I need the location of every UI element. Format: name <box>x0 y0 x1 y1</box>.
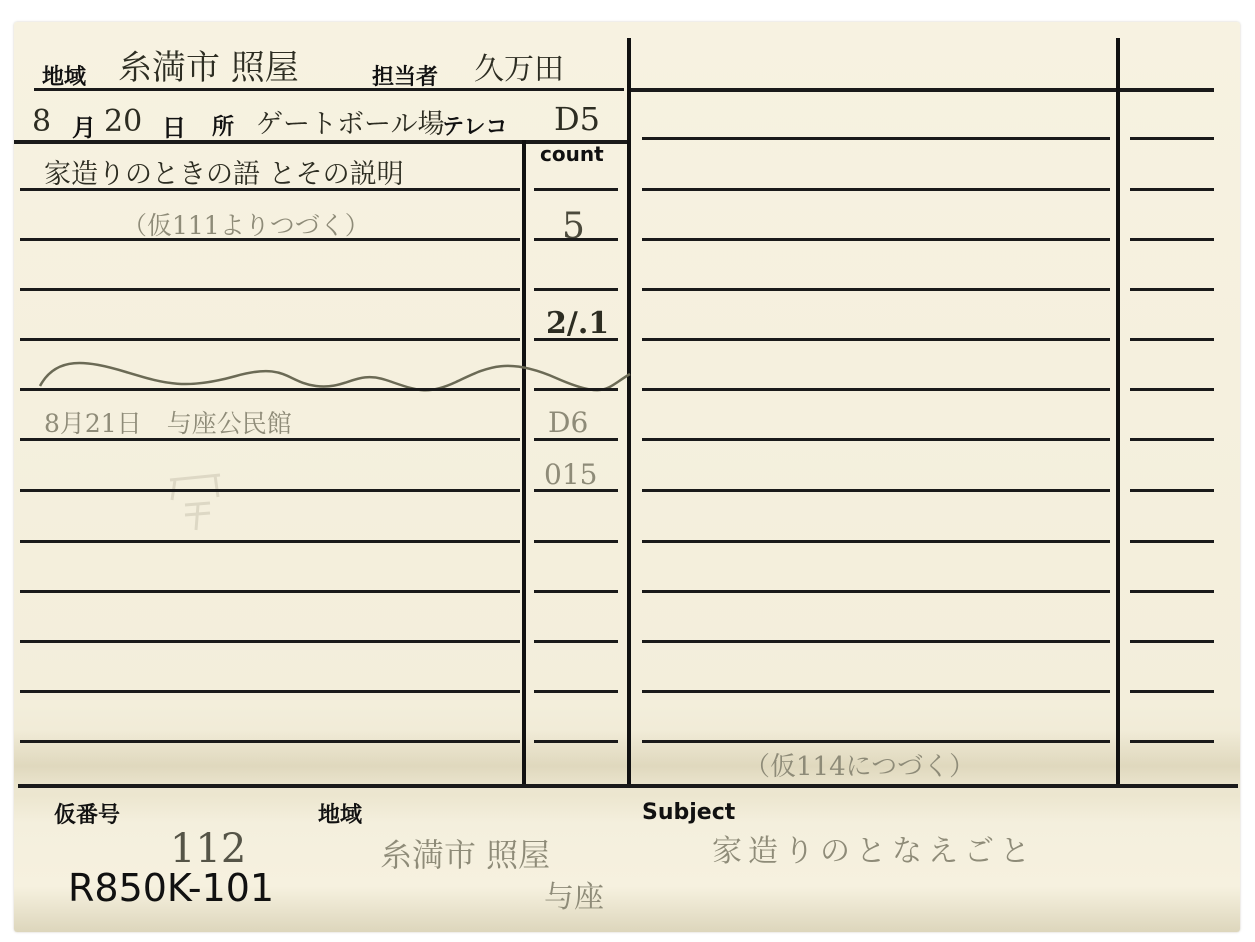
right-rule <box>642 438 1110 441</box>
margin-rule <box>1130 740 1214 743</box>
count-rule <box>534 690 618 693</box>
faint-stamp-mark <box>160 455 230 535</box>
margin-rule <box>1130 338 1214 341</box>
count-value-end: 2/.1 <box>546 306 609 341</box>
count-rule <box>534 188 618 191</box>
temp-number-label: 仮番号 <box>54 798 120 829</box>
row-rule <box>20 690 520 693</box>
right-rule <box>642 338 1110 341</box>
table-row-session-2: 8月21日 与座公民館 <box>44 404 292 440</box>
count-value-counter: 015 <box>544 458 597 491</box>
row-rule <box>20 338 520 341</box>
region-value: 糸満市 照屋 <box>118 40 299 89</box>
row-rule <box>20 640 520 643</box>
count-column-left-border <box>522 140 526 786</box>
right-rule <box>642 137 1110 140</box>
region-label: 地域 <box>42 60 86 91</box>
right-rule <box>642 590 1110 593</box>
recorder-label: テレコ <box>442 110 508 141</box>
count-rule <box>534 489 618 492</box>
count-rule <box>534 590 618 593</box>
margin-rule <box>1130 489 1214 492</box>
row-rule <box>20 540 520 543</box>
person-value: 久万田 <box>474 44 564 88</box>
right-rule <box>642 740 1110 743</box>
right-rule <box>642 640 1110 643</box>
wavy-separator-line <box>36 352 636 402</box>
catalog-id: R850K-101 <box>68 866 274 910</box>
margin-rule <box>1130 238 1214 241</box>
count-value-tape: D6 <box>548 406 588 439</box>
row-rule <box>20 740 520 743</box>
right-rule <box>642 288 1110 291</box>
margin-rule <box>1130 137 1214 140</box>
row-rule <box>20 438 520 441</box>
margin-rule <box>1130 438 1214 441</box>
margin-rule <box>1130 188 1214 191</box>
row-rule <box>20 188 520 191</box>
header-underline-1 <box>34 88 624 91</box>
footer-region-label: 地域 <box>318 798 362 829</box>
right-rule <box>642 238 1110 241</box>
date-month: 8 <box>32 104 51 139</box>
right-rule <box>642 388 1110 391</box>
place-label: 所 <box>212 110 234 141</box>
count-header: count <box>540 142 604 166</box>
date-day: 20 <box>104 104 142 139</box>
count-rule <box>534 338 618 341</box>
count-rule <box>534 740 618 743</box>
count-rule <box>534 540 618 543</box>
right-rule <box>642 690 1110 693</box>
margin-rule <box>1130 690 1214 693</box>
place-value: ゲートボール場 <box>256 102 444 141</box>
footer-region-value-1: 糸満市 照屋 <box>380 830 550 876</box>
count-rule <box>534 388 618 391</box>
subject-value: 家造りのとなえごと <box>712 826 1036 870</box>
margin-rule <box>1130 640 1214 643</box>
table-row-title: 家造りのときの語 とその説明 <box>44 152 404 191</box>
right-rule <box>642 489 1110 492</box>
count-rule <box>534 288 618 291</box>
right-rule <box>642 188 1110 191</box>
day-label: 日 <box>162 108 186 143</box>
count-rule <box>534 238 618 241</box>
count-rule <box>534 438 618 441</box>
subject-label: Subject <box>642 800 735 825</box>
count-rule <box>534 640 618 643</box>
table-bottom-rule <box>18 784 1238 788</box>
right-top-rule <box>628 88 1214 92</box>
margin-rule <box>1130 288 1214 291</box>
margin-rule <box>1130 590 1214 593</box>
person-label: 担当者 <box>372 60 438 91</box>
row-rule <box>20 388 520 391</box>
month-label: 月 <box>72 108 96 143</box>
row-rule <box>20 590 520 593</box>
table-row-continued-from: （仮111よりつづく） <box>122 206 370 242</box>
main-divider-line <box>627 38 631 786</box>
recorder-value: D5 <box>554 100 600 138</box>
margin-rule <box>1130 388 1214 391</box>
header-divider <box>14 140 628 144</box>
right-rule <box>642 540 1110 543</box>
row-rule <box>20 288 520 291</box>
continuation-note: （仮114につづく） <box>744 746 975 783</box>
footer-region-value-2: 与座 <box>544 872 604 916</box>
margin-rule <box>1130 540 1214 543</box>
row-rule <box>20 489 520 492</box>
right-column-divider <box>1116 38 1120 786</box>
row-rule <box>20 238 520 241</box>
